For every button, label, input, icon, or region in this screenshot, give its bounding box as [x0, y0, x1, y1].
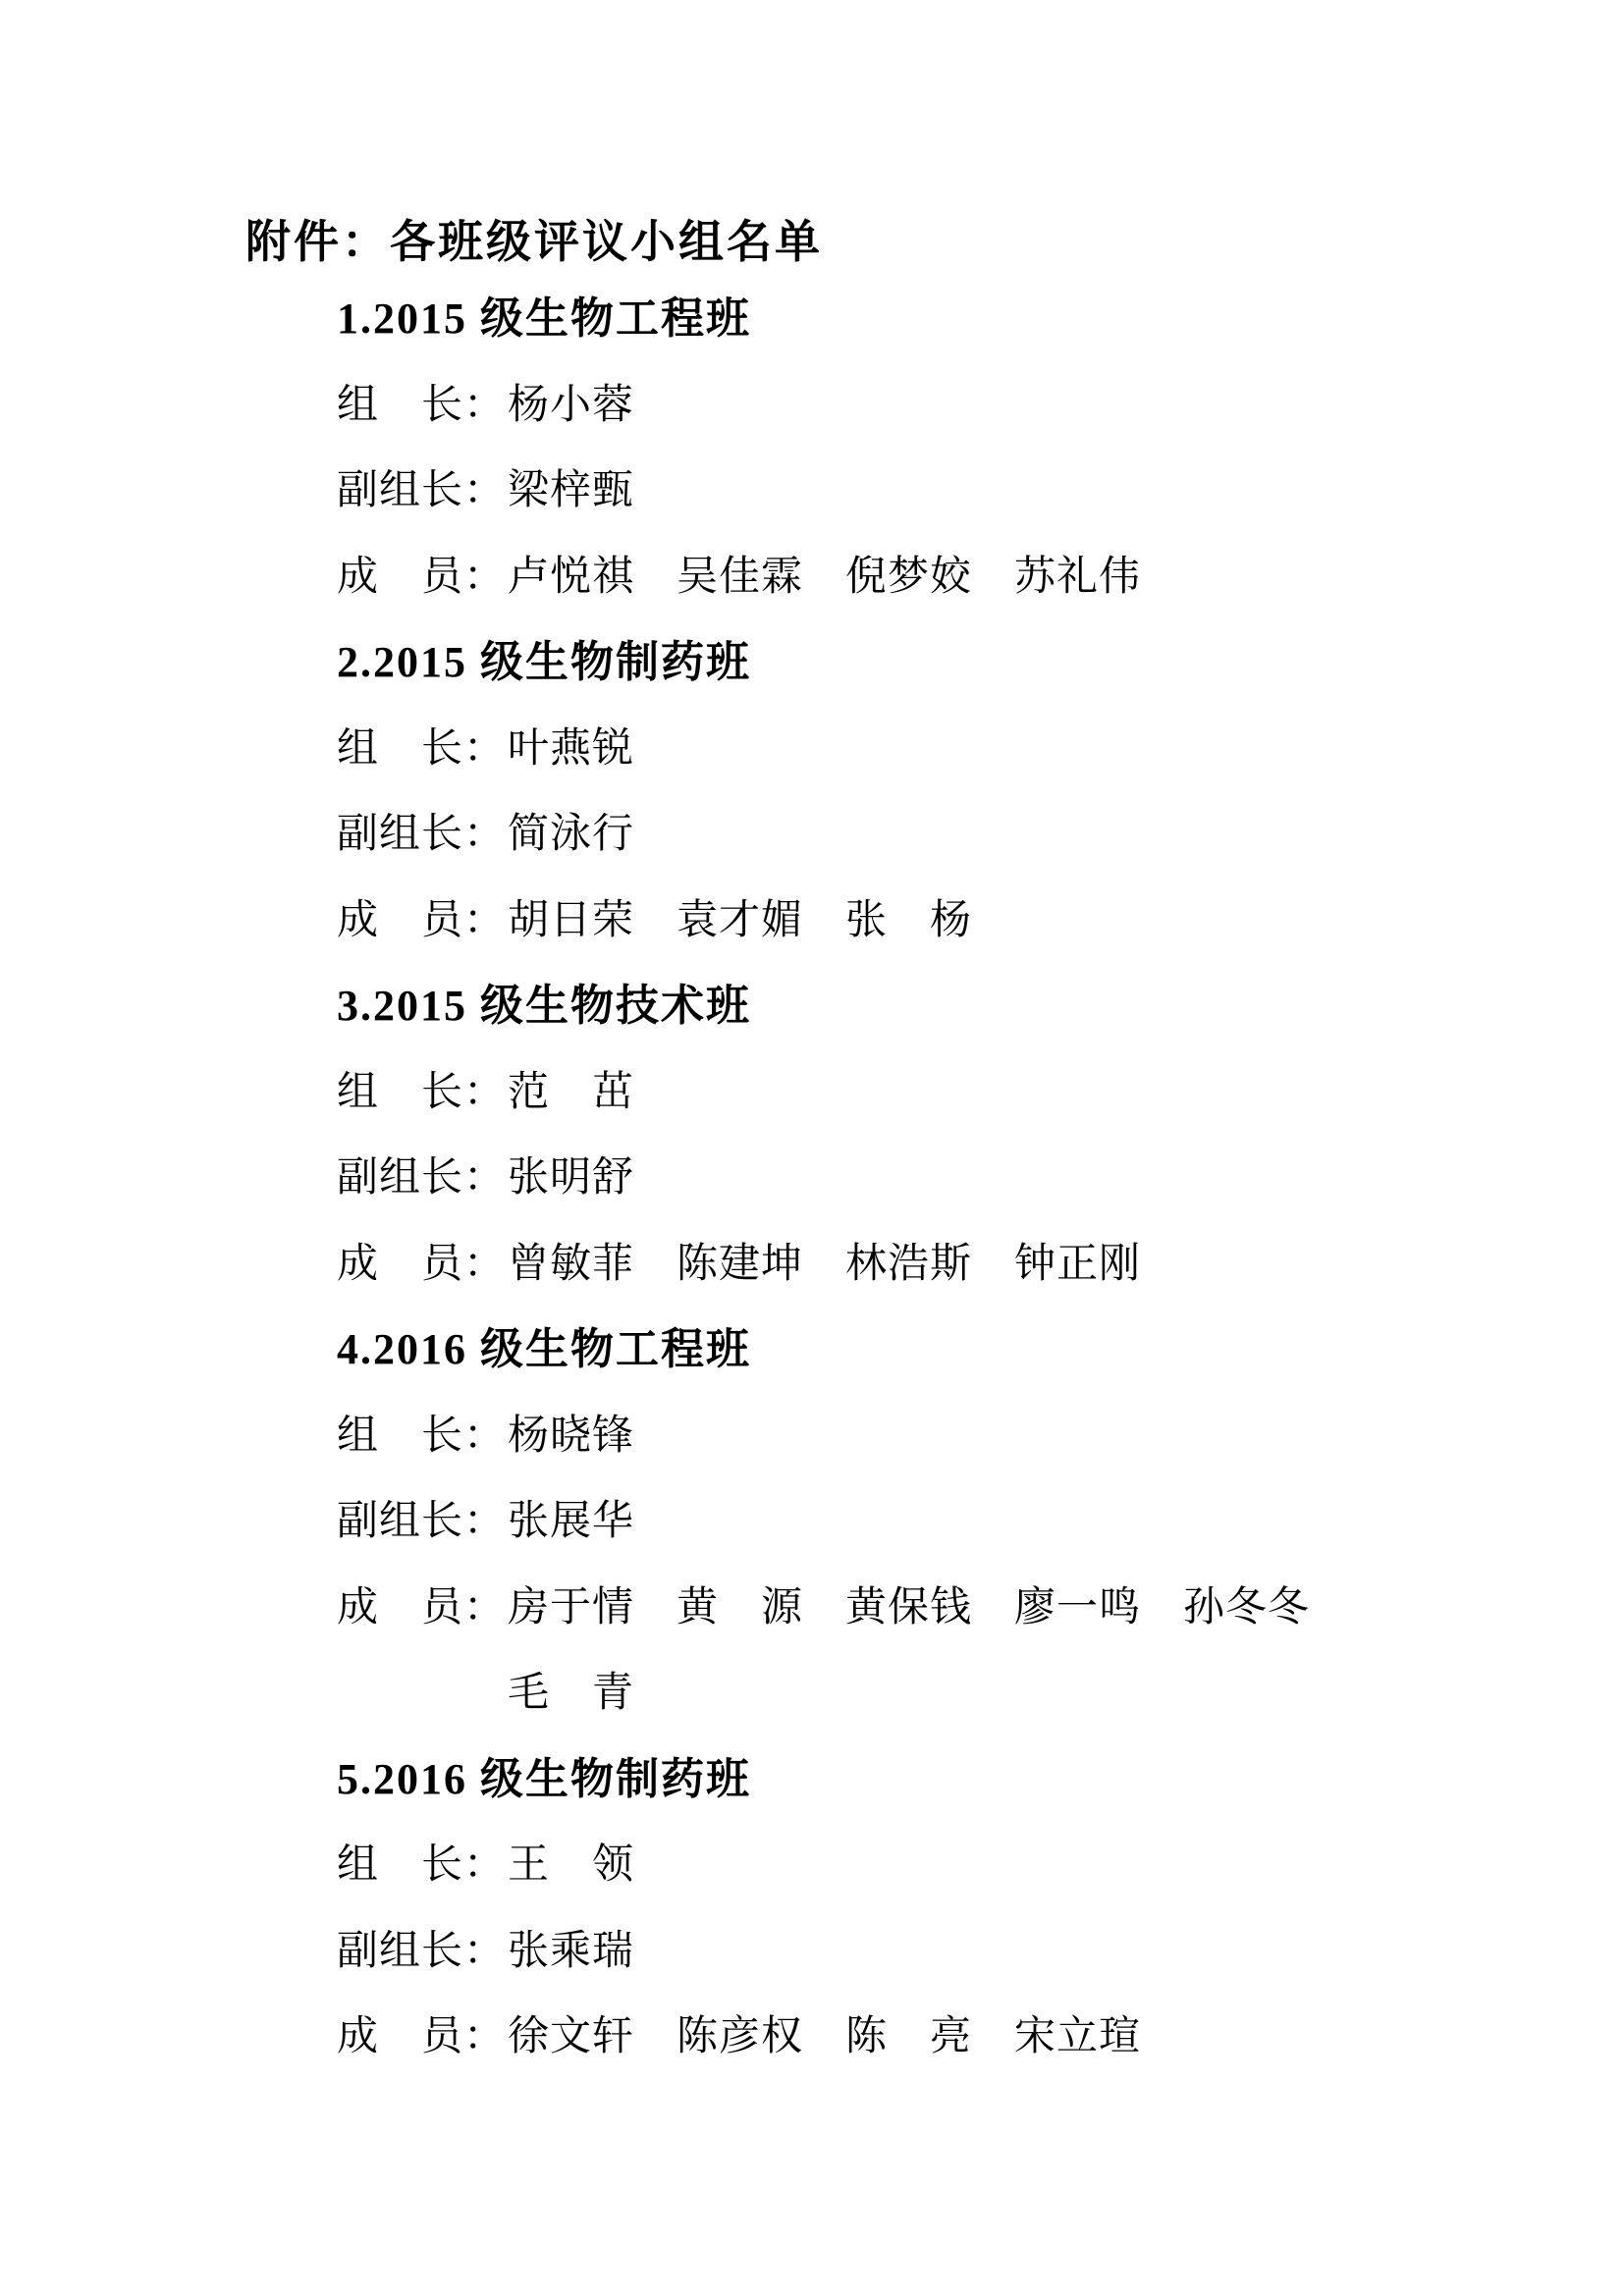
member-names: 张明舒: [508, 1153, 634, 1202]
role-label: 副组长：: [337, 1497, 508, 1546]
leader-row: 组 长： 杨晓锋: [337, 1412, 1515, 1498]
member-names: 张乘瑞: [508, 1927, 634, 1976]
member-names: 王 领: [508, 1841, 634, 1890]
document-body: 1.2015 级生物工程班 组 长： 杨小蓉 副组长： 梁梓甄 成 员： 卢悦祺…: [337, 294, 1515, 2099]
deputy-leader-row: 副组长： 张明舒: [337, 1153, 1515, 1240]
role-label: 副组长：: [337, 1927, 508, 1976]
section-heading: 3.2015 级生物技术班: [337, 982, 1515, 1068]
member-names: 叶燕锐: [508, 724, 634, 774]
role-label: 成 员：: [337, 1240, 508, 1289]
leader-row: 组 长： 王 领: [337, 1841, 1515, 1927]
role-label: 成 员：: [337, 2012, 508, 2061]
section-2015-biopharmacy: 2.2015 级生物制药班 组 长： 叶燕锐 副组长： 简泳行 成 员： 胡日荣…: [337, 638, 1515, 982]
role-label: 副组长：: [337, 810, 508, 859]
role-label: 副组长：: [337, 466, 508, 515]
deputy-leader-row: 副组长： 张展华: [337, 1497, 1515, 1583]
member-names: 卢悦祺 吴佳霖 倪梦姣 苏礼伟: [508, 553, 1141, 602]
role-label: 组 长：: [337, 1068, 508, 1117]
member-names: 房于情 黄 源 黄保钱 廖一鸣 孙冬冬: [508, 1583, 1310, 1632]
section-heading: 1.2015 级生物工程班: [337, 294, 1515, 381]
section-heading: 5.2016 级生物制药班: [337, 1755, 1515, 1842]
members-row: 成 员： 曾敏菲 陈建坤 林浩斯 钟正刚: [337, 1240, 1515, 1326]
member-names: 毛 青: [508, 1669, 634, 1718]
role-label: 副组长：: [337, 1153, 508, 1202]
member-names: 梁梓甄: [508, 466, 634, 515]
role-label: 组 长：: [337, 1841, 508, 1890]
members-row: 成 员： 胡日荣 袁才媚 张 杨: [337, 896, 1515, 983]
members-continuation-row: 毛 青: [337, 1669, 1515, 1755]
leader-row: 组 长： 杨小蓉: [337, 381, 1515, 467]
section-heading: 4.2016 级生物工程班: [337, 1325, 1515, 1412]
members-row: 成 员： 房于情 黄 源 黄保钱 廖一鸣 孙冬冬: [337, 1583, 1515, 1670]
section-2015-bioengineering: 1.2015 级生物工程班 组 长： 杨小蓉 副组长： 梁梓甄 成 员： 卢悦祺…: [337, 294, 1515, 638]
section-2016-bioengineering: 4.2016 级生物工程班 组 长： 杨晓锋 副组长： 张展华 成 员： 房于情…: [337, 1325, 1515, 1755]
members-row: 成 员： 卢悦祺 吴佳霖 倪梦姣 苏礼伟: [337, 553, 1515, 639]
role-label: 组 长：: [337, 381, 508, 430]
member-names: 曾敏菲 陈建坤 林浩斯 钟正刚: [508, 1240, 1141, 1289]
document-page: 附件：各班级评议小组名单 1.2015 级生物工程班 组 长： 杨小蓉 副组长：…: [0, 0, 1624, 2296]
document-title: 附件：各班级评议小组名单: [245, 206, 823, 271]
leader-row: 组 长： 范 茁: [337, 1068, 1515, 1154]
section-heading: 2.2015 级生物制药班: [337, 638, 1515, 724]
members-row: 成 员： 徐文轩 陈彦权 陈 亮 宋立瑄: [337, 2012, 1515, 2099]
role-label: 成 员：: [337, 553, 508, 602]
role-label: 组 长：: [337, 1412, 508, 1461]
member-names: 杨小蓉: [508, 381, 634, 430]
role-label: 成 员：: [337, 1583, 508, 1632]
deputy-leader-row: 副组长： 张乘瑞: [337, 1927, 1515, 2013]
section-2016-biopharmacy: 5.2016 级生物制药班 组 长： 王 领 副组长： 张乘瑞 成 员： 徐文轩…: [337, 1755, 1515, 2099]
leader-row: 组 长： 叶燕锐: [337, 724, 1515, 811]
member-names: 简泳行: [508, 810, 634, 859]
section-2015-biotechnology: 3.2015 级生物技术班 组 长： 范 茁 副组长： 张明舒 成 员： 曾敏菲…: [337, 982, 1515, 1325]
member-names: 张展华: [508, 1497, 634, 1546]
member-names: 杨晓锋: [508, 1412, 634, 1461]
member-names: 范 茁: [508, 1068, 634, 1117]
deputy-leader-row: 副组长： 简泳行: [337, 810, 1515, 896]
member-names: 胡日荣 袁才媚 张 杨: [508, 896, 972, 945]
role-label: 组 长：: [337, 724, 508, 774]
deputy-leader-row: 副组长： 梁梓甄: [337, 466, 1515, 553]
role-label: 成 员：: [337, 896, 508, 945]
member-names: 徐文轩 陈彦权 陈 亮 宋立瑄: [508, 2012, 1141, 2061]
